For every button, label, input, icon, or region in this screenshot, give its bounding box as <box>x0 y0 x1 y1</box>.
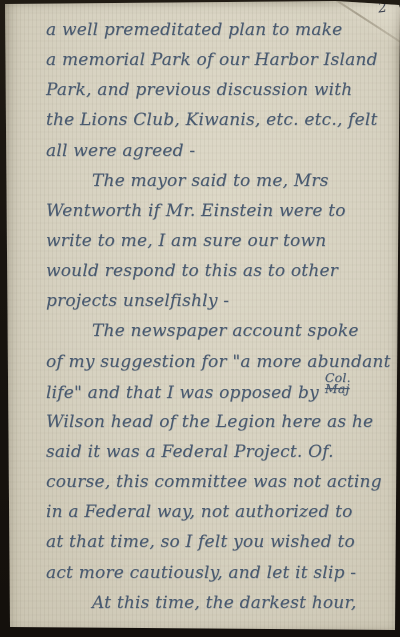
handwritten-text: a memorial Park of our Harbor Island <box>46 50 378 70</box>
handwritten-text: the Lions Club, Kiwanis, etc. etc., felt <box>46 110 378 130</box>
handwritten-line: projects unselfishly - <box>46 286 394 316</box>
handwritten-text: write to me, I am sure our town <box>46 231 326 251</box>
handwritten-text: Wilson head of the Legion here as he <box>46 412 373 432</box>
handwritten-text: course, this committee was not acting <box>46 472 382 492</box>
handwritten-line: in a Federal way, not authorized to <box>46 497 394 527</box>
handwritten-line: The newspaper account spoke <box>46 316 394 346</box>
handwritten-line: a well premeditated plan to make <box>46 15 394 45</box>
handwritten-line: write to me, I am sure our town <box>46 226 394 256</box>
handwritten-text: Park, and previous discussion with <box>46 80 352 100</box>
handwritten-line: The mayor said to me, Mrs <box>46 166 394 196</box>
handwritten-text: projects unselfishly - <box>46 291 229 311</box>
handwritten-line: would respond to this as to other <box>46 256 394 286</box>
handwritten-line: Wentworth if Mr. Einstein were to <box>46 196 394 226</box>
handwritten-line: said it was a Federal Project. Of. <box>46 437 394 467</box>
handwritten-line: course, this committee was not acting <box>46 467 394 497</box>
handwritten-text: in a Federal way, not authorized to <box>46 502 353 522</box>
letter-page: 2 a well premeditated plan to makea memo… <box>0 0 400 637</box>
handwritten-text: At this time, the darkest hour, <box>92 593 357 613</box>
handwritten-line: the Lions Club, Kiwanis, etc. etc., felt <box>46 105 394 135</box>
scanned-letter-photo: 2 a well premeditated plan to makea memo… <box>0 0 400 637</box>
edge-stain <box>2 250 8 340</box>
handwritten-line: At this time, the darkest hour, <box>46 588 394 618</box>
inline-correction: Col.Maj <box>325 372 351 394</box>
handwritten-line: a memorial Park of our Harbor Island <box>46 45 394 75</box>
handwritten-text: The newspaper account spoke <box>92 321 359 341</box>
handwritten-text: a well premeditated plan to make <box>46 20 342 40</box>
handwritten-text: The mayor said to me, Mrs <box>92 171 329 191</box>
handwritten-text: Wentworth if Mr. Einstein were to <box>46 201 346 221</box>
handwritten-text: at that time, so I felt you wished to <box>46 532 355 552</box>
handwritten-text: would respond to this as to other <box>46 261 338 281</box>
handwritten-line: Park, and previous discussion with <box>46 75 394 105</box>
handwritten-text: act more cautiously, and let it slip - <box>46 563 356 583</box>
handwritten-line: life" and that I was opposed byCol.Maj <box>46 377 394 407</box>
handwritten-line: Wilson head of the Legion here as he <box>46 407 394 437</box>
handwritten-line: all were agreed - <box>46 136 394 166</box>
handwritten-line: act more cautiously, and let it slip - <box>46 558 394 588</box>
handwritten-text: life" and that I was opposed by <box>46 383 319 403</box>
correction-struck-word: Maj <box>325 383 351 394</box>
handwritten-text: of my suggestion for "a more abundant <box>46 352 391 372</box>
handwritten-line: at that time, so I felt you wished to <box>46 527 394 557</box>
handwritten-text: said it was a Federal Project. Of. <box>46 442 334 462</box>
letter-body: a well premeditated plan to makea memori… <box>46 15 394 618</box>
handwritten-text: all were agreed - <box>46 141 195 161</box>
